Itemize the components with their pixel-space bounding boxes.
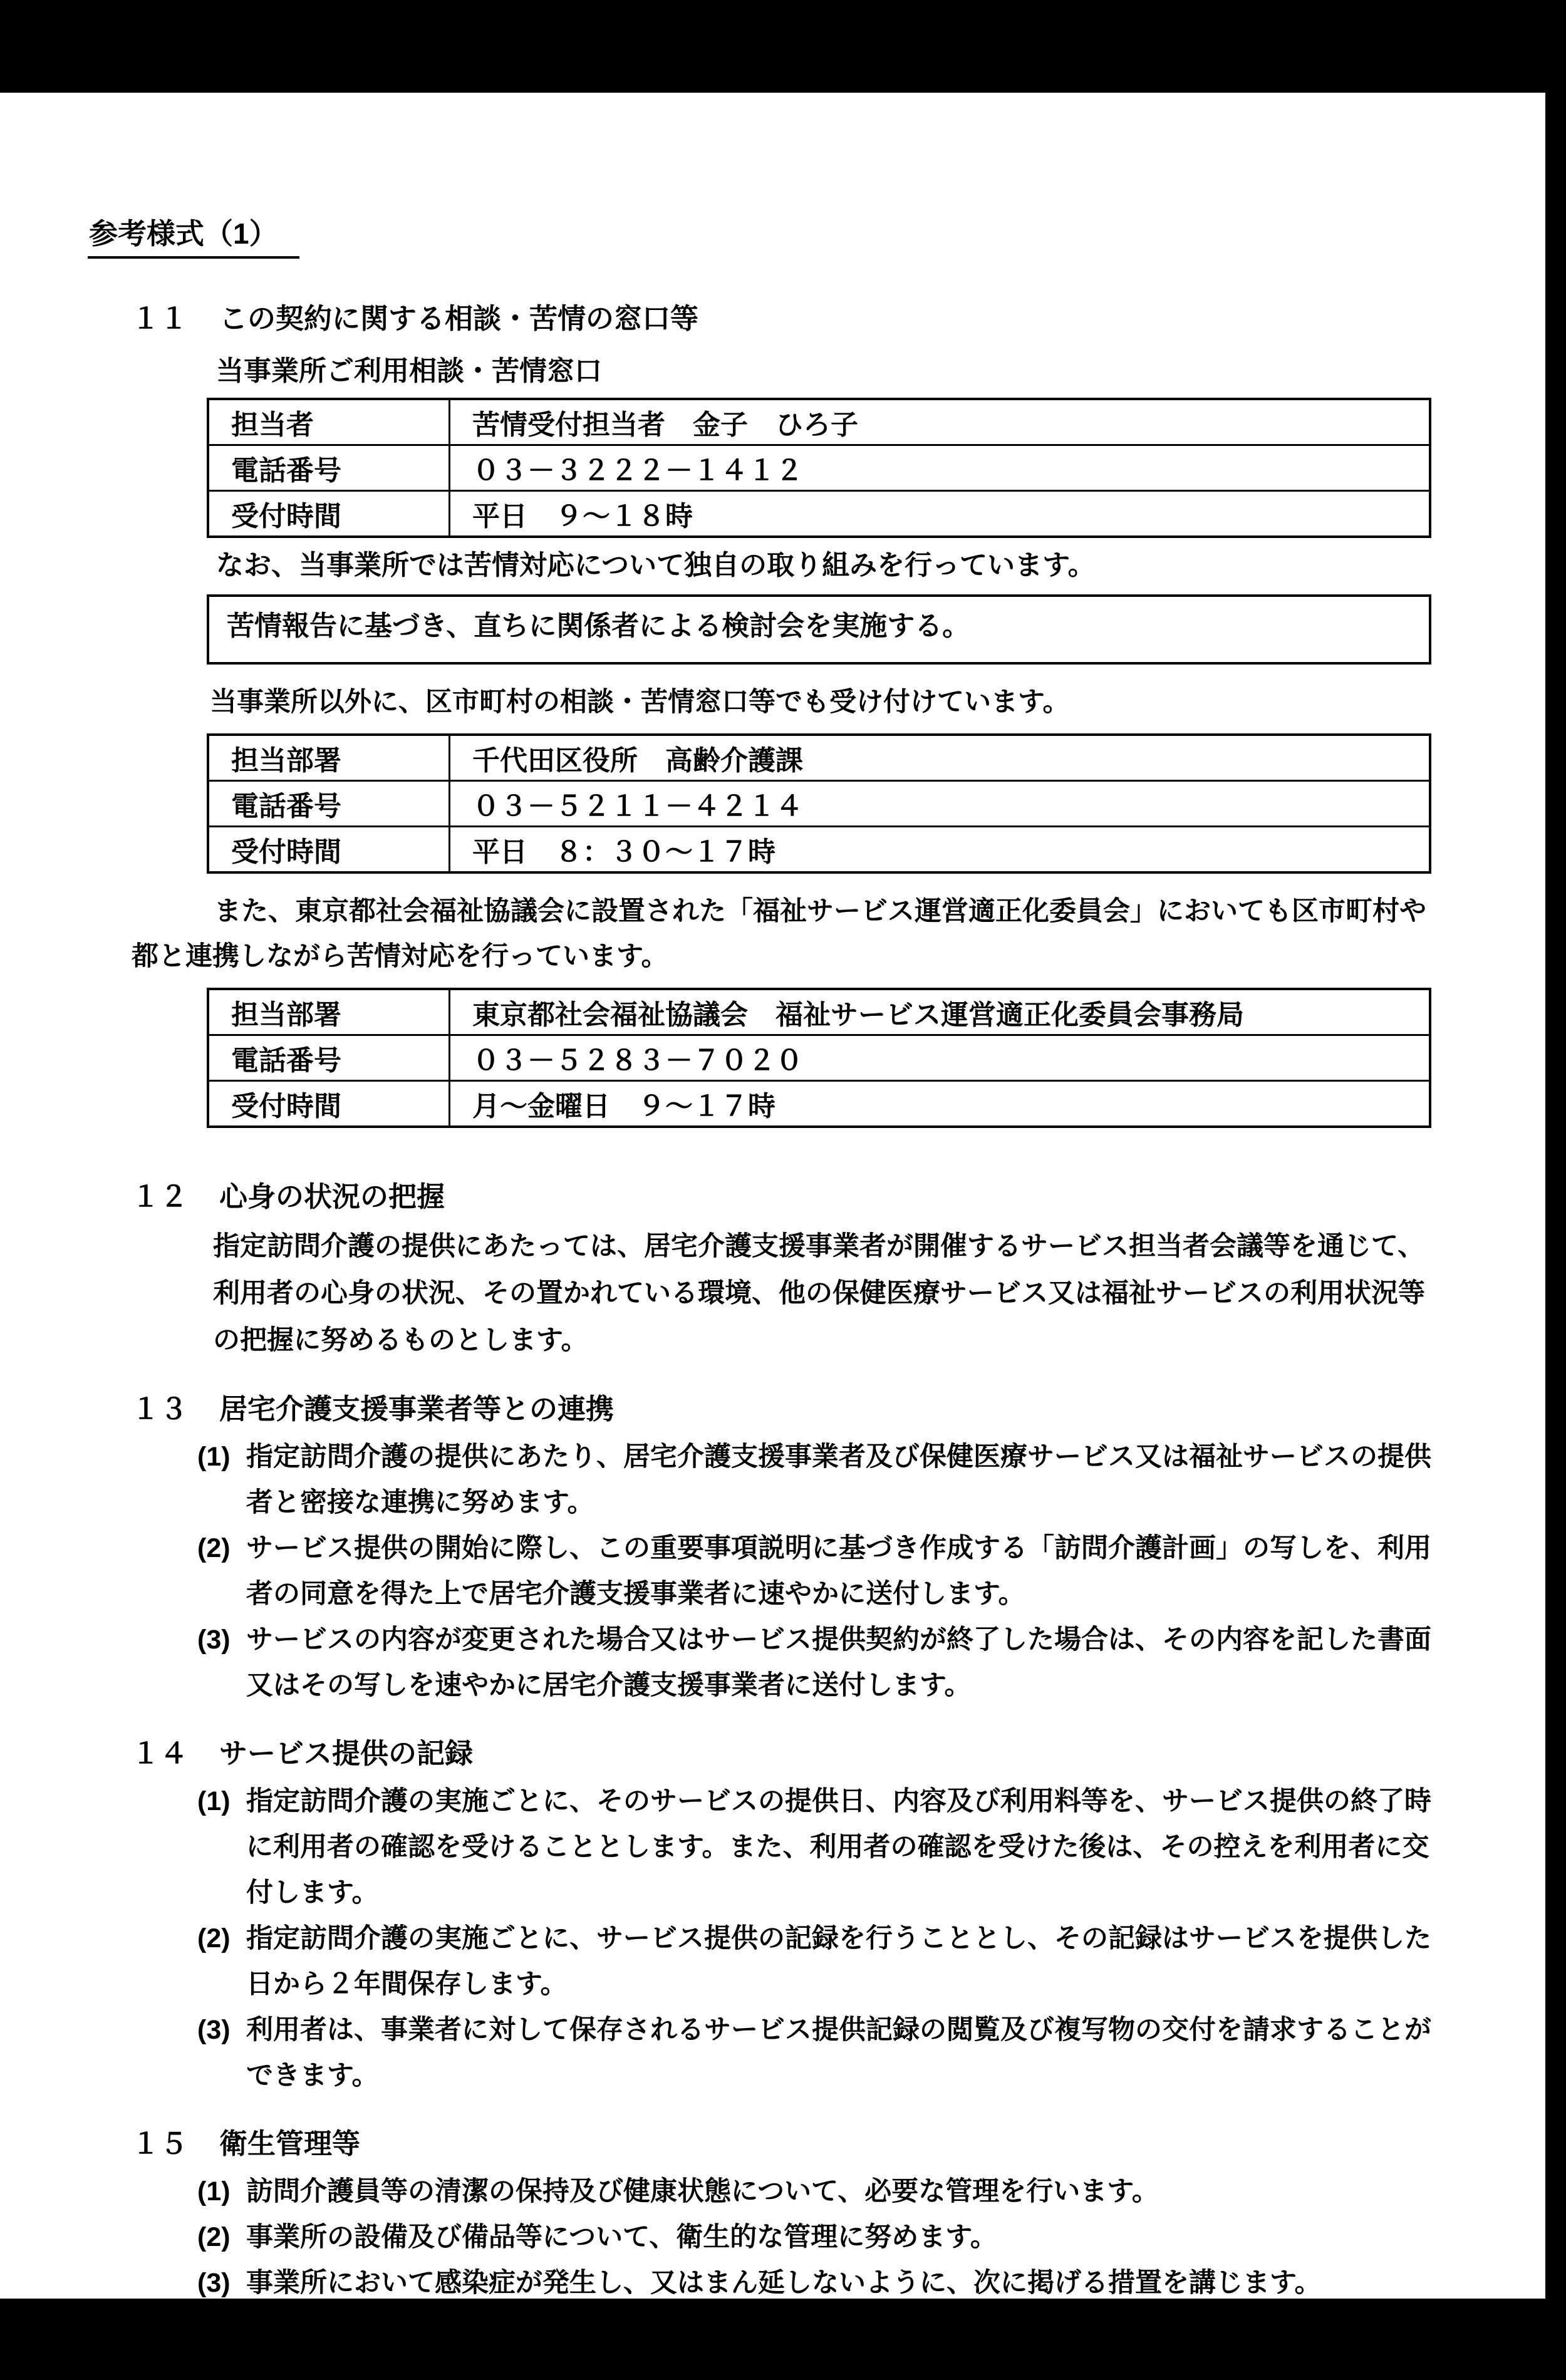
section-title: サービス提供の記録 <box>219 1735 473 1772</box>
section-15: １５ 衛生管理等 (1) 訪問介護員等の清潔の保持及び健康状態について、必要な管… <box>132 2125 1431 2352</box>
list-item: (3) 利用者は、事業者に対して保存されるサービス提供記録の閲覧及び複写物の交付… <box>197 2007 1444 2099</box>
item-marker: (1) <box>197 1434 246 1526</box>
table-row: 受付時間 平日 ８：３０～１７時 <box>208 826 1430 872</box>
form-label: 参考様式（1） <box>88 218 299 259</box>
metropolitan-intro: また、東京都社会福祉協議会に設置された「福祉サービス運営適正化委員会」においても… <box>132 889 1431 979</box>
item-text: サービスの内容が変更された場合又はサービス提供契約が終了した場合は、その内容を記… <box>246 1617 1444 1709</box>
row-value: 平日 ９～１８時 <box>450 490 1431 537</box>
section-12-heading: １２ 心身の状況の把握 <box>132 1178 1431 1216</box>
section-title: 心身の状況の把握 <box>219 1178 445 1216</box>
item-marker: (3) <box>197 2007 246 2099</box>
row-value: 苦情受付担当者 金子 ひろ子 <box>450 399 1431 445</box>
row-value: 月～金曜日 ９～１７時 <box>450 1080 1431 1127</box>
row-value: ０３－５２８３－７０２０ <box>450 1035 1431 1080</box>
item-text: 訪問介護員等の清潔の保持及び健康状態について、必要な管理を行います。 <box>246 2169 1444 2215</box>
row-label: 電話番号 <box>208 445 450 490</box>
metropolitan-complaint-table: 担当部署 東京都社会福祉協議会 福祉サービス運営適正化委員会事務局 電話番号 ０… <box>207 988 1431 1128</box>
row-label: 電話番号 <box>208 780 450 826</box>
list-item: (1) 訪問介護員等の清潔の保持及び健康状態について、必要な管理を行います。 <box>197 2169 1444 2215</box>
section-title: この契約に関する相談・苦情の窓口等 <box>219 300 698 338</box>
office-window-label: 当事業所ご利用相談・苦情窓口 <box>216 354 1431 389</box>
municipal-intro: 当事業所以外に、区市町村の相談・苦情窓口等でも受け付けています。 <box>210 680 1431 725</box>
sub-item-circled-1: ①事業所における感染症の予防及びまん延の防止のための対策を検討する委員会をおおむ… <box>210 2306 1438 2352</box>
item-marker: (1) <box>197 1779 246 1916</box>
list-item: (3) サービスの内容が変更された場合又はサービス提供契約が終了した場合は、その… <box>197 1617 1444 1709</box>
item-text: 指定訪問介護の実施ごとに、サービス提供の記録を行うこととし、その記録はサービスを… <box>246 1916 1444 2007</box>
row-label: 担当者 <box>208 399 450 445</box>
section-11: １１ この契約に関する相談・苦情の窓口等 当事業所ご利用相談・苦情窓口 担当者 … <box>132 300 1431 1128</box>
initiative-description-box: 苦情報告に基づき、直ちに関係者による検討会を実施する。 <box>207 594 1431 665</box>
list-item: (1) 指定訪問介護の提供にあたり、居宅介護支援事業者及び保健医療サービス又は福… <box>197 1434 1444 1526</box>
row-label: 担当部署 <box>208 735 450 781</box>
table-row: 担当者 苦情受付担当者 金子 ひろ子 <box>208 399 1430 445</box>
table-row: 受付時間 月～金曜日 ９～１７時 <box>208 1080 1430 1127</box>
section-13: １３ 居宅介護支援事業者等との連携 (1) 指定訪問介護の提供にあたり、居宅介護… <box>132 1390 1431 1709</box>
section-14: １４ サービス提供の記録 (1) 指定訪問介護の実施ごとに、そのサービスの提供日… <box>132 1735 1431 2099</box>
item-text: 指定訪問介護の実施ごとに、そのサービスの提供日、内容及び利用料等を、サービス提供… <box>246 1779 1444 1916</box>
item-marker: (2) <box>197 1916 246 2007</box>
municipal-complaint-table: 担当部署 千代田区役所 高齢介護課 電話番号 ０３－５２１１－４２１４ 受付時間… <box>207 733 1431 874</box>
section-number: １２ <box>132 1178 188 1216</box>
item-text: 事業所において感染症が発生し、又はまん延しないように、次に掲げる措置を講じます。 <box>246 2260 1444 2306</box>
table-row: 担当部署 千代田区役所 高齢介護課 <box>208 735 1430 781</box>
item-text: 事業所の設備及び備品等について、衛生的な管理に努めます。 <box>246 2215 1444 2260</box>
list-item: (3) 事業所において感染症が発生し、又はまん延しないように、次に掲げる措置を講… <box>197 2260 1444 2306</box>
row-label: 受付時間 <box>208 826 450 872</box>
row-value: 平日 ８：３０～１７時 <box>450 826 1431 872</box>
section-13-heading: １３ 居宅介護支援事業者等との連携 <box>132 1390 1431 1428</box>
section-number: １５ <box>132 2125 188 2163</box>
item-marker: (1) <box>197 2169 246 2215</box>
own-initiative-note: なお、当事業所では苦情対応について独自の取り組みを行っています。 <box>216 548 1431 583</box>
row-label: 受付時間 <box>208 1080 450 1127</box>
row-value: ０３－５２１１－４２１４ <box>450 780 1431 826</box>
row-value: 東京都社会福祉協議会 福祉サービス運営適正化委員会事務局 <box>450 989 1431 1035</box>
section-number: １１ <box>132 300 188 338</box>
item-marker: (2) <box>197 2215 246 2260</box>
table-row: 受付時間 平日 ９～１８時 <box>208 490 1430 537</box>
list-item: (2) サービス提供の開始に際し、この重要事項説明に基づき作成する「訪問介護計画… <box>197 1526 1444 1617</box>
row-value: 千代田区役所 高齢介護課 <box>450 735 1431 781</box>
row-label: 担当部署 <box>208 989 450 1035</box>
row-value: ０３－３２２２－１４１２ <box>450 445 1431 490</box>
office-complaint-table: 担当者 苦情受付担当者 金子 ひろ子 電話番号 ０３－３２２２－１４１２ 受付時… <box>207 398 1431 538</box>
item-marker: (3) <box>197 1617 246 1709</box>
item-marker: (3) <box>197 2260 246 2306</box>
section-number: １３ <box>132 1390 188 1428</box>
document-page: 参考様式（1） １１ この契約に関する相談・苦情の窓口等 当事業所ご利用相談・苦… <box>0 93 1545 2299</box>
item-text: 指定訪問介護の提供にあたり、居宅介護支援事業者及び保健医療サービス又は福祉サービ… <box>246 1434 1444 1526</box>
row-label: 受付時間 <box>208 490 450 537</box>
section-12-body: 指定訪問介護の提供にあたっては、居宅介護支援事業者が開催するサービス担当者会議等… <box>213 1223 1431 1364</box>
table-row: 電話番号 ０３－５２８３－７０２０ <box>208 1035 1430 1080</box>
list-item: (1) 指定訪問介護の実施ごとに、そのサービスの提供日、内容及び利用料等を、サー… <box>197 1779 1444 1916</box>
section-12: １２ 心身の状況の把握 指定訪問介護の提供にあたっては、居宅介護支援事業者が開催… <box>132 1178 1431 1364</box>
list-item: (2) 指定訪問介護の実施ごとに、サービス提供の記録を行うこととし、その記録はサ… <box>197 1916 1444 2007</box>
item-marker: (2) <box>197 1526 246 1617</box>
section-15-heading: １５ 衛生管理等 <box>132 2125 1431 2163</box>
section-14-heading: １４ サービス提供の記録 <box>132 1735 1431 1772</box>
table-row: 電話番号 ０３－５２１１－４２１４ <box>208 780 1430 826</box>
item-text: サービス提供の開始に際し、この重要事項説明に基づき作成する「訪問介護計画」の写し… <box>246 1526 1444 1617</box>
table-row: 電話番号 ０３－３２２２－１４１２ <box>208 445 1430 490</box>
scanned-document: { "document": { "form_label": "参考様式（1）",… <box>0 0 1566 2380</box>
section-title: 衛生管理等 <box>219 2125 360 2163</box>
section-title: 居宅介護支援事業者等との連携 <box>219 1390 614 1428</box>
section-number: １４ <box>132 1735 188 1772</box>
item-text: 利用者は、事業者に対して保存されるサービス提供記録の閲覧及び複写物の交付を請求す… <box>246 2007 1444 2099</box>
list-item: (2) 事業所の設備及び備品等について、衛生的な管理に努めます。 <box>197 2215 1444 2260</box>
row-label: 電話番号 <box>208 1035 450 1080</box>
section-11-heading: １１ この契約に関する相談・苦情の窓口等 <box>132 300 1431 338</box>
table-row: 担当部署 東京都社会福祉協議会 福祉サービス運営適正化委員会事務局 <box>208 989 1430 1035</box>
